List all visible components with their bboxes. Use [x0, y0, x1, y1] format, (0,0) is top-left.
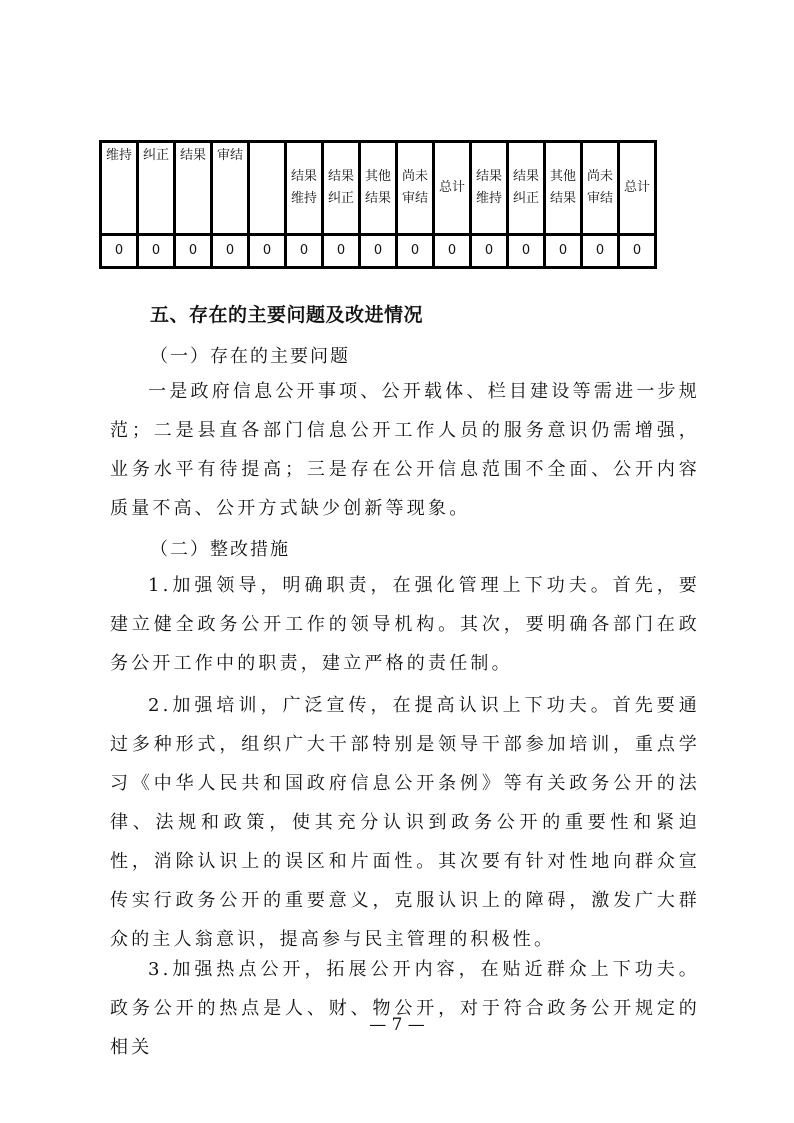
header-cell: 纠正	[138, 142, 175, 235]
header-cell-total: 总计	[619, 142, 656, 235]
value-cell: 0	[138, 235, 175, 268]
value-cell: 0	[471, 235, 508, 268]
paragraph-measure-3: 3.加强热点公开，拓展公开内容，在贴近群众上下功夫。政务公开的热点是人、财、物公…	[110, 950, 700, 1067]
subsection-title-problems: （一）存在的主要问题	[150, 342, 350, 368]
header-cell: 结果纠正	[323, 142, 360, 235]
header-cell: 结果维持	[286, 142, 323, 235]
value-cell: 0	[212, 235, 249, 268]
value-cell: 0	[397, 235, 434, 268]
header-cell: 尚未审结	[397, 142, 434, 235]
header-cell: 维持	[101, 142, 138, 235]
section-title: 五、存在的主要问题及改进情况	[150, 300, 423, 327]
value-cell: 0	[249, 235, 286, 268]
value-cell: 0	[619, 235, 656, 268]
value-cell: 0	[508, 235, 545, 268]
header-cell-empty	[249, 142, 286, 235]
header-cell: 审结	[212, 142, 249, 235]
paragraph-problems: 一是政府信息公开事项、公开载体、栏目建设等需进一步规范；二是县直各部门信息公开工…	[110, 372, 700, 528]
value-cell: 0	[175, 235, 212, 268]
table-header-row: 维持 纠正 结果 审结 结果维持 结果纠正 其他结果 尚未审结 总计 结果维持 …	[101, 142, 656, 235]
value-cell: 0	[360, 235, 397, 268]
value-cell: 0	[323, 235, 360, 268]
header-cell: 结果维持	[471, 142, 508, 235]
header-cell: 其他结果	[545, 142, 582, 235]
header-cell: 结果纠正	[508, 142, 545, 235]
value-cell: 0	[582, 235, 619, 268]
table-row: 0 0 0 0 0 0 0 0 0 0 0 0 0 0 0	[101, 235, 656, 268]
header-cell: 其他结果	[360, 142, 397, 235]
value-cell: 0	[101, 235, 138, 268]
value-cell: 0	[434, 235, 471, 268]
subsection-title-measures: （二）整改措施	[150, 535, 290, 561]
header-cell: 结果	[175, 142, 212, 235]
paragraph-measure-1: 1.加强领导，明确职责，在强化管理上下功夫。首先，要建立健全政务公开工作的领导机…	[110, 566, 700, 683]
header-cell-total: 总计	[434, 142, 471, 235]
page-number: — 7 —	[0, 1015, 794, 1035]
value-cell: 0	[545, 235, 582, 268]
value-cell: 0	[286, 235, 323, 268]
header-cell: 尚未审结	[582, 142, 619, 235]
statistics-table: 维持 纠正 结果 审结 结果维持 结果纠正 其他结果 尚未审结 总计 结果维持 …	[99, 140, 657, 269]
paragraph-measure-2: 2.加强培训，广泛宣传，在提高认识上下功夫。首先要通过多种形式，组织广大干部特别…	[110, 686, 700, 959]
